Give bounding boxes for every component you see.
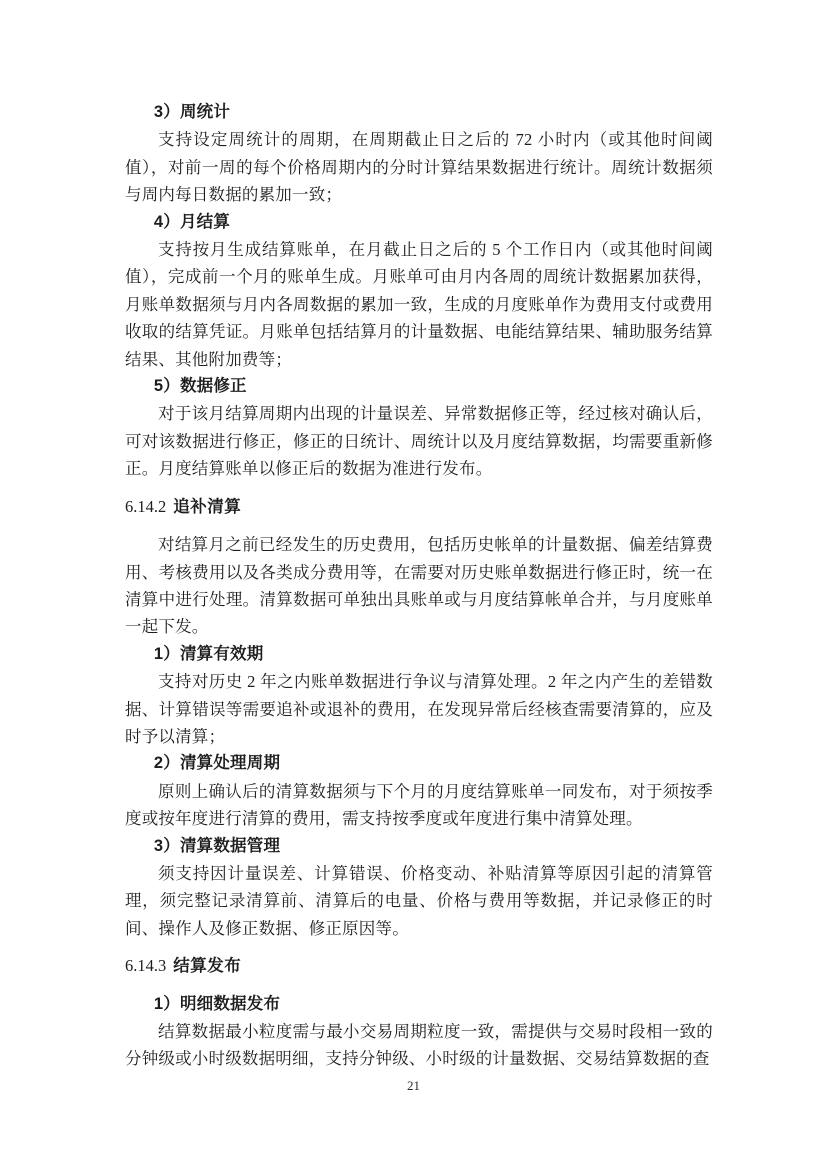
numbered-heading: 1）清算有效期 <box>125 641 713 668</box>
numbered-heading: 5）数据修正 <box>125 373 713 400</box>
paragraph: 支持对历史 2 年之内账单数据进行争议与清算处理。2 年之内产生的差错数据、计算… <box>125 668 713 750</box>
paragraph: 支持设定周统计的周期，在周期截止日之后的 72 小时内（或其他时间阈值），对前一… <box>125 126 713 208</box>
paragraph: 对结算月之前已经发生的历史费用，包括历史帐单的计量数据、偏差结算费用、考核费用以… <box>125 531 713 641</box>
numbered-heading: 2）清算处理周期 <box>125 750 713 777</box>
numbered-heading: 3）周统计 <box>125 99 713 126</box>
paragraph: 原则上确认后的清算数据须与下个月的月度结算账单一同发布，对于须按季度或按年度进行… <box>125 778 713 833</box>
page-number: 21 <box>0 1078 827 1094</box>
section-title: 结算发布 <box>173 957 241 975</box>
section-number: 6.14.2 <box>125 497 166 516</box>
section-number: 6.14.3 <box>125 956 166 975</box>
section-title: 追补清算 <box>173 498 241 516</box>
document-content: 3）周统计支持设定周统计的周期，在周期截止日之后的 72 小时内（或其他时间阈值… <box>125 99 713 1073</box>
paragraph: 须支持因计量误差、计算错误、价格变动、补贴清算等原因引起的清算管理，须完整记录清… <box>125 860 713 942</box>
paragraph: 对于该月结算周期内出现的计量误差、异常数据修正等，经过核对确认后，可对该数据进行… <box>125 400 713 482</box>
numbered-heading: 3）清算数据管理 <box>125 833 713 860</box>
section-heading: 6.14.2追补清算 <box>125 493 713 521</box>
paragraph: 结算数据最小粒度需与最小交易周期粒度一致，需提供与交易时段相一致的分钟级或小时级… <box>125 1018 713 1073</box>
numbered-heading: 1）明细数据发布 <box>125 991 713 1018</box>
paragraph: 支持按月生成结算账单，在月截止日之后的 5 个工作日内（或其他时间阈值），完成前… <box>125 236 713 373</box>
section-heading: 6.14.3结算发布 <box>125 952 713 980</box>
document-page: 3）周统计支持设定周统计的周期，在周期截止日之后的 72 小时内（或其他时间阈值… <box>0 0 827 1169</box>
numbered-heading: 4）月结算 <box>125 209 713 236</box>
